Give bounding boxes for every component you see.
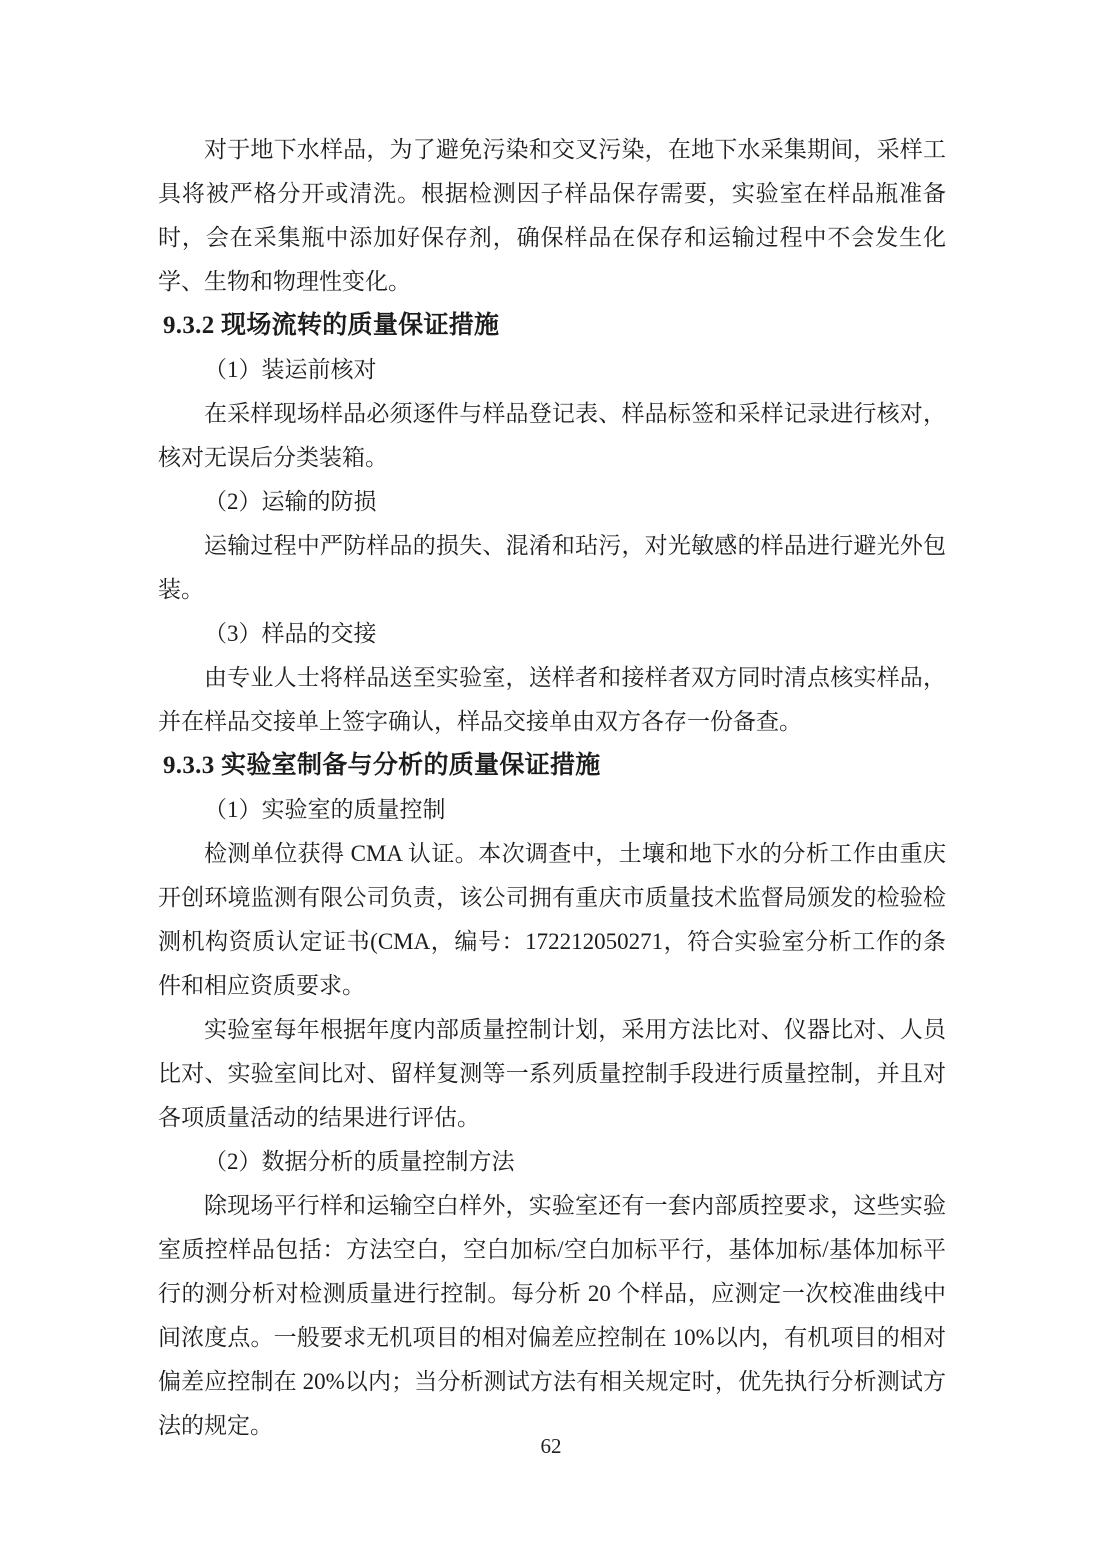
list-item-label-lab-quality-control: （1）实验室的质量控制 xyxy=(158,788,946,832)
paragraph-transport-protection: 运输过程中严防样品的损失、混淆和玷污，对光敏感的样品进行避光外包装。 xyxy=(158,524,946,612)
paragraph-groundwater-sample-protection: 对于地下水样品，为了避免污染和交叉污染，在地下水采集期间，采样工具将被严格分开或… xyxy=(158,128,946,304)
page-content: 对于地下水样品，为了避免污染和交叉污染，在地下水采集期间，采样工具将被严格分开或… xyxy=(158,128,946,1448)
list-item-label-transport-protection: （2）运输的防损 xyxy=(158,480,946,524)
section-heading-9-3-3: 9.3.3 实验室制备与分析的质量保证措施 xyxy=(158,744,946,788)
list-item-label-sample-handover: （3）样品的交接 xyxy=(158,612,946,656)
paragraph-pre-shipment-check: 在采样现场样品必须逐件与样品登记表、样品标签和采样记录进行核对，核对无误后分类装… xyxy=(158,392,946,480)
section-heading-9-3-2: 9.3.2 现场流转的质量保证措施 xyxy=(158,304,946,348)
paragraph-cma-certification: 检测单位获得 CMA 认证。本次调查中，土壤和地下水的分析工作由重庆开创环境监测… xyxy=(158,832,946,1008)
paragraph-internal-quality-control-plan: 实验室每年根据年度内部质量控制计划，采用方法比对、仪器比对、人员比对、实验室间比… xyxy=(158,1008,946,1140)
list-item-label-data-analysis-qc: （2）数据分析的质量控制方法 xyxy=(158,1140,946,1184)
paragraph-data-analysis-qc-methods: 除现场平行样和运输空白样外，实验室还有一套内部质控要求，这些实验室质控样品包括：… xyxy=(158,1184,946,1448)
paragraph-sample-handover: 由专业人士将样品送至实验室，送样者和接样者双方同时清点核实样品，并在样品交接单上… xyxy=(158,656,946,744)
document-page: 对于地下水样品，为了避免污染和交叉污染，在地下水采集期间，采样工具将被严格分开或… xyxy=(0,0,1102,1559)
page-number: 62 xyxy=(0,1431,1102,1461)
list-item-label-pre-shipment-check: （1）装运前核对 xyxy=(158,348,946,392)
